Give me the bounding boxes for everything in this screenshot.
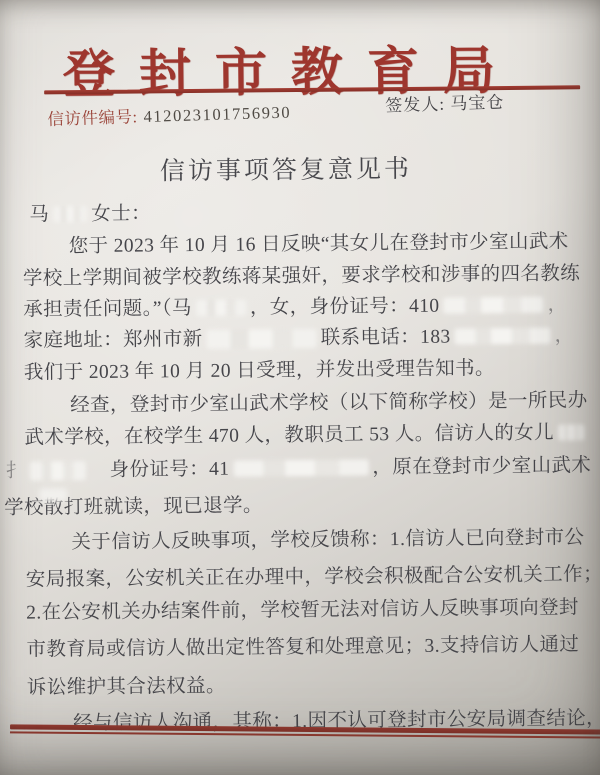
text-line: 我们于 2023 年 10 月 20 日受理，并发出受理告知书。 [24,352,495,385]
signer-line: 签发人: 马宝仓 [385,88,505,117]
text-line: 家庭地址：郑州市新联系电话：183， [23,319,574,352]
text-segment: 承担责任问题。”（马 [23,298,192,321]
text-segment: 经查，登封市少室山武术学校（以下简称学校）是一所民办 [70,390,588,416]
text-segment: 关于信访人反映事项，学校反馈称：1.信访人已向登封市公 [71,527,584,553]
redaction-blur [53,206,87,222]
document-title: 信访事项答复意见书 [0,147,586,189]
text-line: 市教育局或信访人做出定性答复和处理意见；3.支持信访人通过 [26,628,579,661]
signer-name: 马宝仓 [450,93,505,114]
text-line: 学校上学期间被学校教练蒋某强奸，要求学校和涉事的四名教练 [23,257,580,290]
redaction-blur [443,297,543,314]
signer-label: 签发人: [385,95,445,116]
text-segment: 您于 2023 年 10 月 16 日反映“其女儿在登封市少室山武术 [69,231,569,257]
text-line: 经查，登封市少室山武术学校（以下简称学校）是一所民办 [24,384,588,417]
text-segment: 身份证号：41 [90,459,230,481]
text-segment: 诉讼维护其合法权益。 [27,676,226,699]
ref-number-value: 412023101756930 [143,103,291,127]
text-segment: 市教育局或信访人做出定性答复和处理意见；3.支持信访人通过 [26,634,579,660]
text-line: 2.在公安机关办结案件前，学校暂无法对信访人反映事项向登封 [26,591,579,624]
redaction-blur [558,424,584,440]
document-photo: 登封市教育局 签发人: 马宝仓 信访件编号:412023101756930 信访… [0,0,600,775]
text-line: 承担责任问题。”（马，女，身份证号：410， [23,288,567,321]
text-segment: 我们于 2023 年 10 月 20 日受理，并发出受理告知书。 [24,358,495,384]
text-segment: 家庭地址：郑州市新 [23,329,202,352]
redaction-smudge [39,488,67,501]
ref-number-label: 信访件编号: [47,107,138,129]
document-body: 马女士：您于 2023 年 10 月 16 日反映“其女儿在登封市少室山武术学校… [0,0,596,3]
text-segment: 扌 [6,461,26,482]
text-segment: 女士： [91,203,151,225]
text-line: 您于 2023 年 10 月 16 日反映“其女儿在登封市少室山武术 [22,225,568,258]
text-line: 安局报案，公安机关正在办理中，学校会积极配合公安机关工作； [26,558,600,592]
text-segment: 武术学校，在校学生 470 人，教职员工 53 人。信访人的女儿 [24,423,554,449]
redaction-blur [30,461,86,481]
redaction-blur [207,329,317,349]
text-segment: 安局报案，公安机关正在办理中，学校会积极配合公安机关工作； [26,564,600,591]
text-segment: ，女，身份证号：410 [250,296,440,319]
text-line: 诉讼维护其合法权益。 [27,670,226,700]
text-line: 关于信访人反映事项，学校反馈称：1.信访人已向登封市公 [25,521,584,554]
text-segment: ，原在登封市少室山武术 [372,455,591,478]
text-segment: ， [547,294,567,315]
text-segment: 联系电话：183 [321,327,451,349]
redaction-blur [455,328,551,345]
text-line: 马女士： [29,197,151,226]
redaction-blur [196,300,246,316]
text-segment: 2.在公安机关办结案件前，学校暂无法对信访人反映事项向登封 [26,597,579,623]
text-segment: 马 [29,204,49,225]
text-line: 扌 身份证号：41，原在登封市少室山武术 [6,449,592,483]
redaction-blur [233,459,368,476]
document-page: 登封市教育局 签发人: 马宝仓 信访件编号:412023101756930 信访… [0,0,600,775]
text-segment: ， [554,325,574,346]
text-line: 武术学校，在校学生 470 人，教职员工 53 人。信访人的女儿 [24,416,588,449]
text-segment: 学校上学期间被学校教练蒋某强奸，要求学校和涉事的四名教练 [23,263,580,289]
